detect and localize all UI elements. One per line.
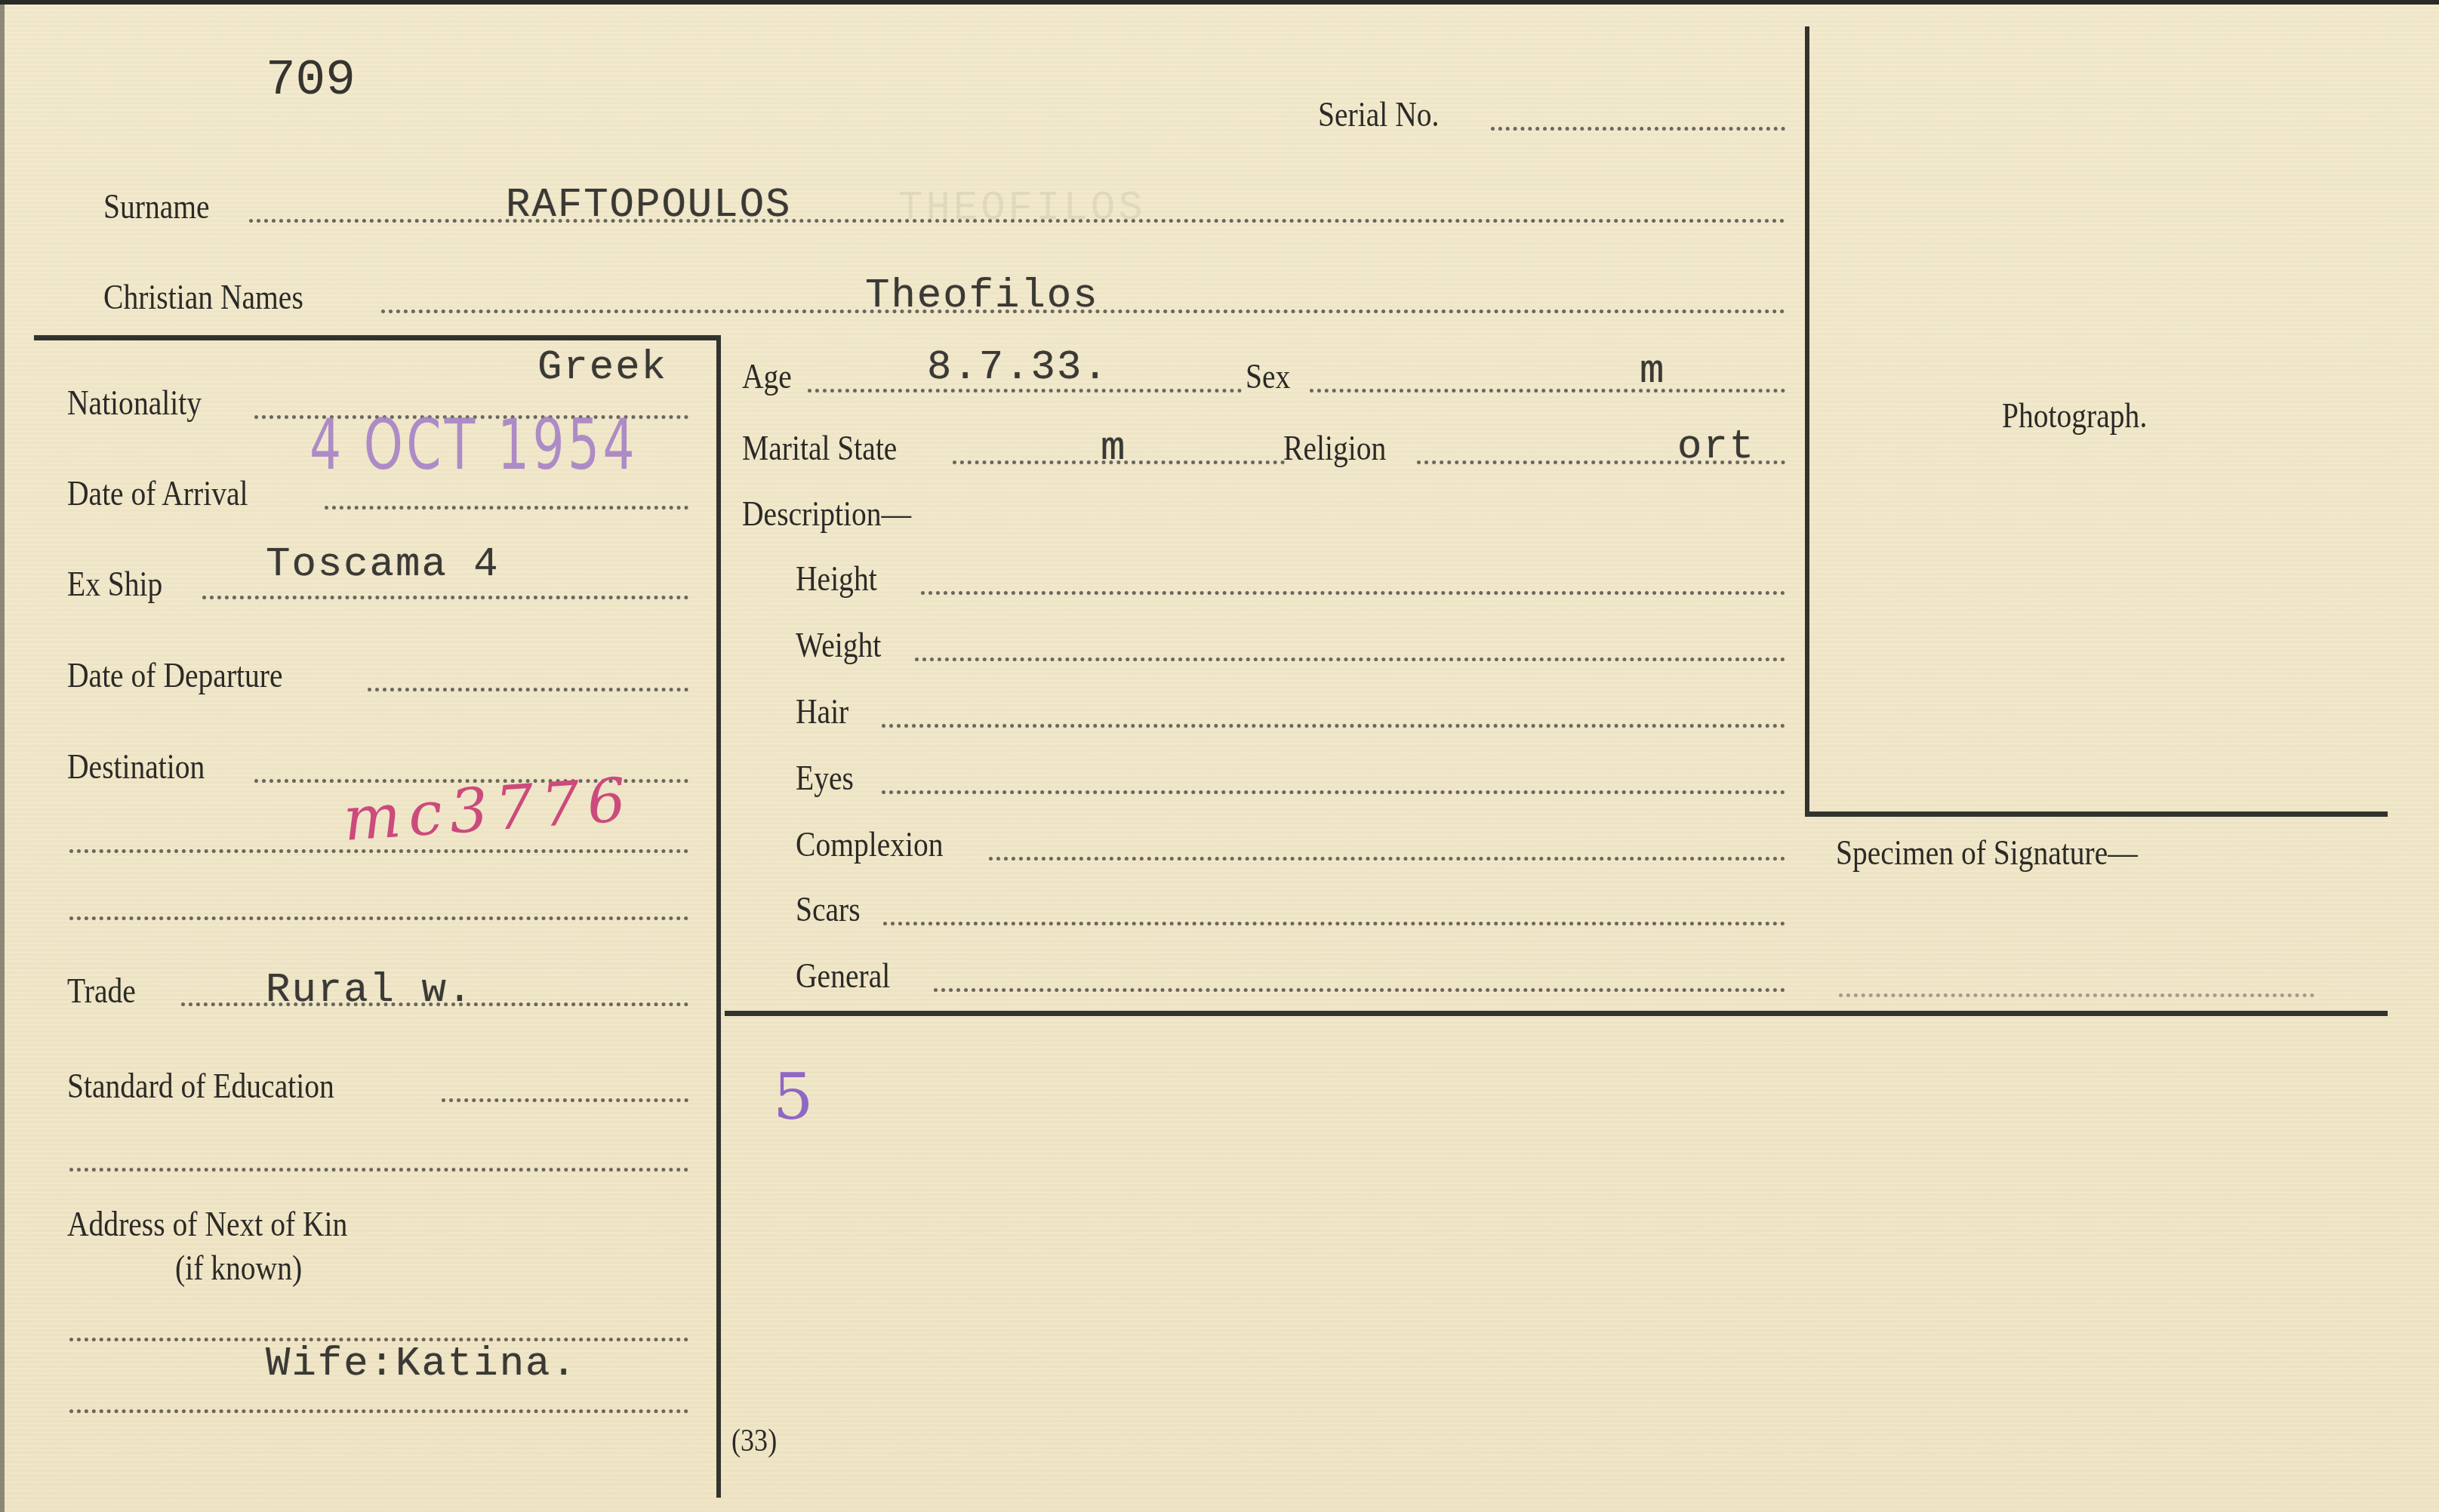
- sex-value: m: [1640, 352, 1665, 393]
- ex-ship-value: Toscama 4: [266, 545, 500, 586]
- date-of-departure-label: Date of Departure: [67, 658, 283, 693]
- form-number: (33): [731, 1425, 777, 1457]
- pencil-annotation: 5: [773, 1065, 813, 1129]
- age-value: 8.7.33.: [927, 348, 1109, 389]
- complexion-field[interactable]: [989, 857, 1785, 861]
- destination-field-line-3[interactable]: [69, 916, 688, 920]
- religion-label: Religion: [1283, 431, 1386, 466]
- hair-field[interactable]: [882, 724, 1785, 728]
- trade-label: Trade: [67, 974, 136, 1009]
- photo-box-bottom-border: [1805, 811, 2388, 817]
- height-label: Height: [796, 562, 877, 596]
- standard-of-education-label: Standard of Education: [67, 1069, 334, 1104]
- description-label: Description—: [742, 497, 911, 531]
- eyes-field[interactable]: [882, 790, 1785, 794]
- next-of-kin-label: Address of Next of Kin: [67, 1207, 347, 1242]
- date-of-arrival-field[interactable]: [325, 506, 688, 510]
- destination-field-line-2[interactable]: [69, 849, 688, 853]
- ex-ship-field[interactable]: [202, 596, 688, 599]
- signature-label: Specimen of Signature—: [1836, 836, 2138, 870]
- marital-state-label: Marital State: [742, 431, 897, 466]
- ex-ship-label: Ex Ship: [67, 567, 162, 602]
- destination-handwritten-code: mc3776: [341, 769, 635, 850]
- religion-value: ort: [1677, 427, 1755, 468]
- sex-field[interactable]: [1310, 389, 1785, 393]
- sex-label: Sex: [1246, 359, 1290, 394]
- date-of-arrival-label: Date of Arrival: [67, 476, 248, 511]
- left-column-divider: [716, 335, 721, 1498]
- standard-of-education-field-line-2[interactable]: [69, 1168, 688, 1172]
- next-of-kin-value: Wife:Katina.: [266, 1344, 577, 1385]
- christian-names-label: Christian Names: [103, 280, 303, 315]
- weight-label: Weight: [796, 628, 881, 663]
- hair-label: Hair: [796, 694, 848, 729]
- weight-field[interactable]: [915, 657, 1785, 661]
- surname-label: Surname: [103, 189, 210, 224]
- next-of-kin-field-line-2[interactable]: [69, 1409, 688, 1413]
- photo-box-left-border: [1805, 26, 1809, 816]
- scars-label: Scars: [796, 892, 861, 927]
- age-label: Age: [742, 359, 792, 394]
- signature-field[interactable]: [1839, 993, 2314, 997]
- general-field[interactable]: [934, 988, 1785, 992]
- left-box-top-border: [34, 335, 721, 340]
- scars-field[interactable]: [883, 922, 1785, 925]
- immigration-record-card: 709 Serial No. Surname RAFTOPOULOS THEOF…: [0, 0, 2439, 1512]
- serial-no-field[interactable]: [1491, 127, 1785, 131]
- height-field[interactable]: [921, 591, 1785, 595]
- photograph-area[interactable]: [1812, 31, 2385, 808]
- complexion-label: Complexion: [796, 827, 944, 862]
- trade-value: Rural w.: [266, 971, 473, 1012]
- nationality-label: Nationality: [67, 386, 202, 420]
- eyes-label: Eyes: [796, 761, 854, 796]
- nationality-value: Greek: [537, 348, 667, 389]
- general-label: General: [796, 959, 890, 993]
- erased-text: THEOFILOS: [898, 186, 1146, 232]
- christian-names-value: Theofilos: [865, 276, 1099, 317]
- serial-no-label: Serial No.: [1318, 97, 1439, 132]
- standard-of-education-field[interactable]: [442, 1098, 688, 1102]
- arrival-date-stamp: 4 OCT 1954: [309, 411, 638, 480]
- record-number: 709: [266, 56, 356, 106]
- next-of-kin-sublabel: (if known): [175, 1251, 302, 1286]
- description-section-bottom-border: [725, 1011, 2388, 1016]
- surname-value: RAFTOPOULOS: [506, 186, 791, 226]
- marital-state-value: m: [1101, 429, 1126, 470]
- destination-label: Destination: [67, 750, 205, 784]
- date-of-departure-field[interactable]: [368, 688, 688, 691]
